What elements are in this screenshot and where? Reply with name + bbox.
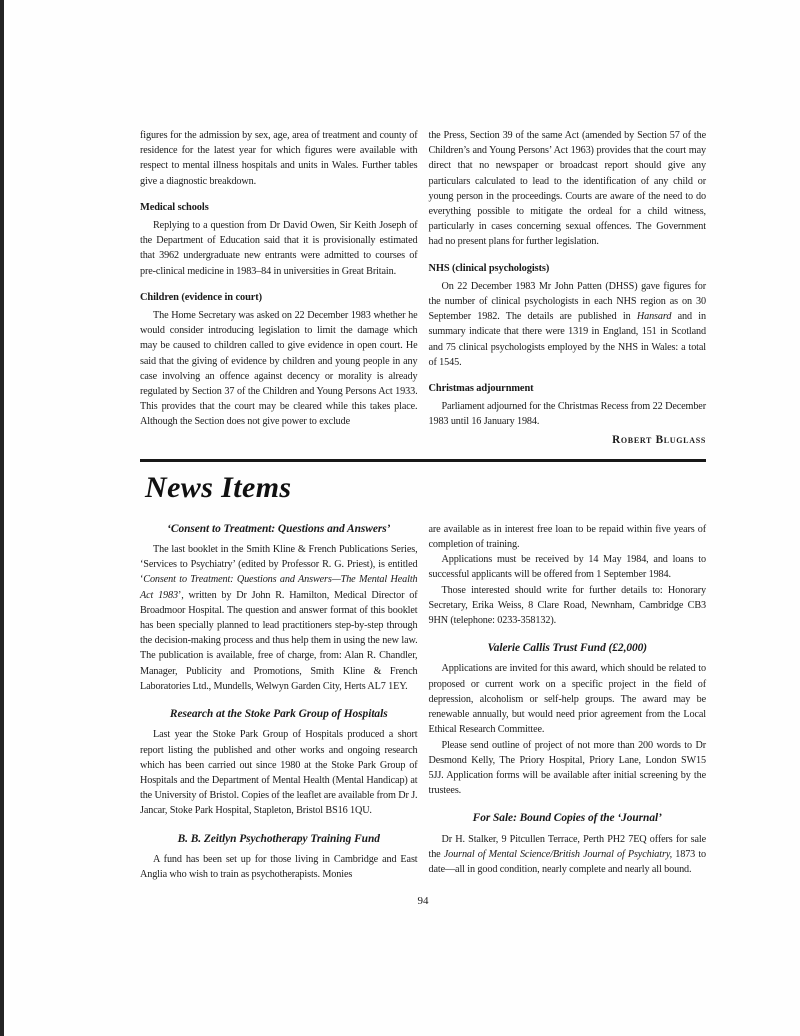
section-heading-christmas-adjournment: Christmas adjournment: [429, 381, 707, 396]
item-heading-journal-for-sale: For Sale: Bound Copies of the ‘Journal’: [429, 811, 707, 826]
scan-edge-artifact: [0, 0, 4, 1036]
item-heading-stoke-park-research: Research at the Stoke Park Group of Hosp…: [140, 707, 418, 722]
section-heading-nhs-psychologists: NHS (clinical psychologists): [429, 261, 707, 276]
page-content: figures for the admission by sex, age, a…: [140, 128, 706, 907]
news-items-title: News Items: [145, 471, 706, 505]
paragraph-valerie-callis-contact: Please send outline of project of not mo…: [429, 738, 707, 799]
paragraph-christmas-adjournment: Parliament adjourned for the Christmas R…: [429, 399, 707, 429]
text-segment: ’, written by Dr John R. Hamilton, Medic…: [140, 590, 418, 692]
paragraph-consent-to-treatment: The last booklet in the Smith Kline & Fr…: [140, 542, 418, 694]
page-number: 94: [140, 895, 706, 907]
section-heading-medical-schools: Medical schools: [140, 200, 418, 215]
paragraph-valerie-callis-criteria: Applications are invited for this award,…: [429, 661, 707, 737]
paragraph-medical-schools: Replying to a question from Dr David Owe…: [140, 218, 418, 279]
item-heading-zeitlyn-fund: B. B. Zeitlyn Psychotherapy Training Fun…: [140, 832, 418, 847]
item-heading-consent-to-treatment: ‘Consent to Treatment: Questions and Ans…: [140, 522, 418, 537]
paragraph-journal-for-sale: Dr H. Stalker, 9 Pitcullen Terrace, Pert…: [429, 832, 707, 878]
scanned-journal-page: { "page_number": "94", "parliament": { "…: [0, 0, 800, 1036]
paragraph-zeitlyn-deadlines: Applications must be received by 14 May …: [429, 552, 707, 582]
top-right-column: the Press, Section 39 of the same Act (a…: [429, 128, 707, 448]
top-left-column: figures for the admission by sex, age, a…: [140, 128, 418, 448]
news-left-column: ‘Consent to Treatment: Questions and Ans…: [140, 522, 418, 882]
paragraph-zeitlyn-fund-start: A fund has been set up for those living …: [140, 852, 418, 882]
italic-publication-name: Hansard: [637, 311, 671, 322]
parliamentary-news-section: figures for the admission by sex, age, a…: [140, 128, 706, 448]
news-right-column: are available as in interest free loan t…: [429, 522, 707, 882]
italic-journal-name: Journal of Mental Science/British Journa…: [444, 849, 672, 860]
news-items-section: ‘Consent to Treatment: Questions and Ans…: [140, 522, 706, 882]
paragraph-nhs-psychologists: On 22 December 1983 Mr John Patten (DHSS…: [429, 279, 707, 370]
author-signature: Robert Bluglass: [429, 433, 707, 448]
section-divider-rule: [140, 459, 706, 462]
section-heading-children-evidence: Children (evidence in court): [140, 290, 418, 305]
item-heading-valerie-callis-fund: Valerie Callis Trust Fund (£2,000): [429, 641, 707, 656]
paragraph-children-evidence: The Home Secretary was asked on 22 Decem…: [140, 308, 418, 430]
paragraph-zeitlyn-contact: Those interested should write for furthe…: [429, 583, 707, 629]
paragraph-stoke-park-research: Last year the Stoke Park Group of Hospit…: [140, 727, 418, 818]
paragraph-zeitlyn-fund-continuation: are available as in interest free loan t…: [429, 522, 707, 552]
paragraph-press-continuation: the Press, Section 39 of the same Act (a…: [429, 128, 707, 250]
paragraph-admissions-continuation: figures for the admission by sex, age, a…: [140, 128, 418, 189]
